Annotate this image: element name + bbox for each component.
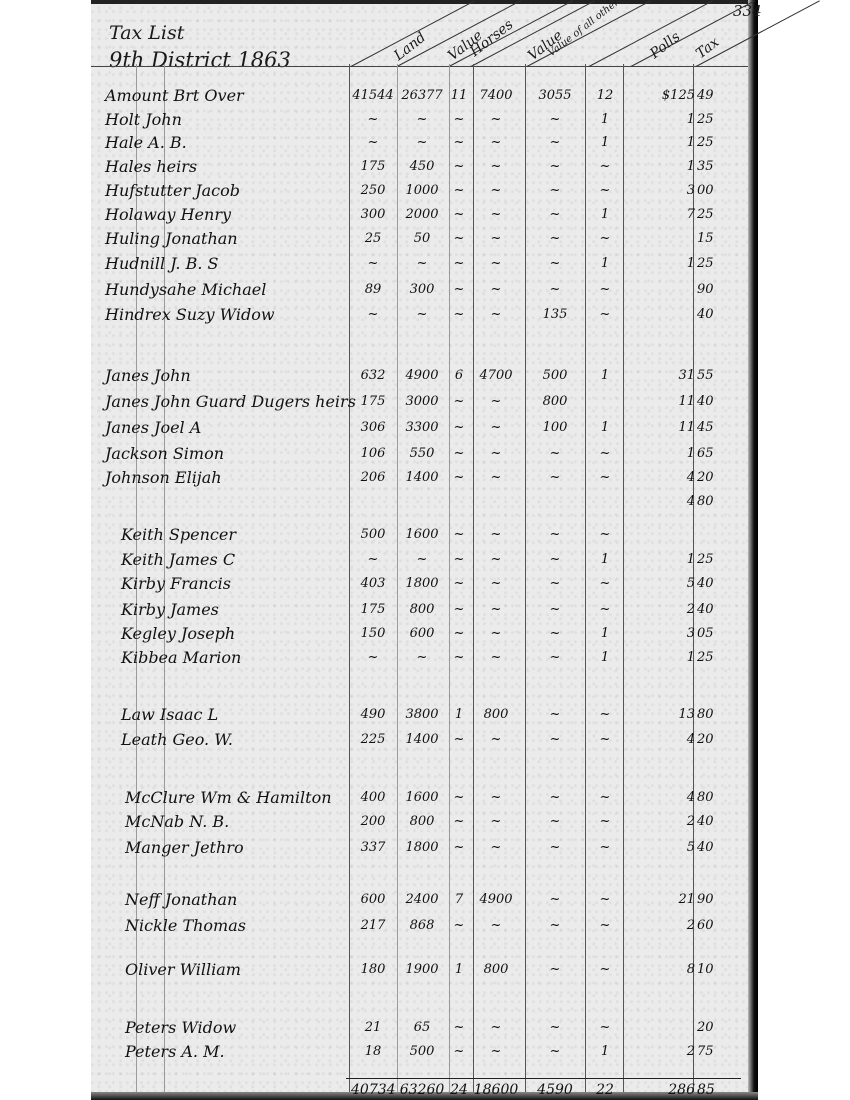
ledger-cell: ~: [449, 420, 469, 435]
ledger-cell: 90: [697, 892, 737, 907]
ledger-cell: 337: [351, 840, 395, 855]
ledger-row: Nickle Thomas217868~~~~260: [91, 916, 748, 942]
ledger-row: Neff Jonathan600240074900~~2190: [91, 890, 748, 916]
ledger-cell: 49: [697, 88, 737, 103]
ledger-cell: 1400: [397, 470, 447, 485]
title-line-1: Tax List: [109, 22, 184, 44]
taxpayer-name: Janes John: [105, 366, 191, 385]
ledger-cell: 00: [697, 183, 737, 198]
taxpayer-name: Holt John: [105, 110, 182, 129]
ledger-cell: ~: [527, 470, 583, 485]
ledger-cell: ~: [471, 394, 521, 409]
ledger-cell: ~: [471, 732, 521, 747]
ledger-row: McNab N. B.200800~~~~240: [91, 812, 748, 838]
ledger-cell: 25: [697, 207, 737, 222]
ledger-cell: 1: [589, 112, 621, 127]
ledger-cell: ~: [471, 207, 521, 222]
ledger-cell: 15: [697, 231, 737, 246]
ledger-cell: ~: [397, 135, 447, 150]
ledger-cell: 4900: [471, 892, 521, 907]
ledger-cell: ~: [449, 576, 469, 591]
ledger-cell: ~: [471, 420, 521, 435]
ledger-cell: $125: [631, 88, 695, 103]
ledger-cell: 89: [351, 282, 395, 297]
ledger-cell: ~: [527, 602, 583, 617]
ledger-cell: ~: [449, 256, 469, 271]
ledger-row: Johnson Elijah2061400~~~~420: [91, 468, 748, 494]
ledger-cell: 1: [631, 650, 695, 665]
ledger-cell: 21: [351, 1020, 395, 1035]
ledger-row: Hudnill J. B. S~~~~~1125: [91, 254, 748, 280]
ledger-cell: ~: [471, 231, 521, 246]
ledger-row: Oliver William18019001800~~810: [91, 960, 748, 986]
ledger-cell: 403: [351, 576, 395, 591]
ledger-row: Hundysahe Michael89300~~~~90: [91, 280, 748, 306]
ledger-cell: ~: [527, 231, 583, 246]
ledger-cell: 225: [351, 732, 395, 747]
ledger-cell: ~: [589, 918, 621, 933]
ledger-row: Hufstutter Jacob2501000~~~~300: [91, 181, 748, 207]
ledger-cell: ~: [397, 112, 447, 127]
taxpayer-name: Keith Spencer: [121, 525, 236, 544]
ledger-cell: ~: [351, 256, 395, 271]
ledger-cell: 2: [631, 814, 695, 829]
ledger-cell: 250: [351, 183, 395, 198]
ledger-cell: ~: [397, 650, 447, 665]
ledger-cell: ~: [471, 135, 521, 150]
ledger-cell: ~: [449, 602, 469, 617]
taxpayer-name: Jackson Simon: [105, 444, 224, 463]
ledger-row: Janes John Guard Dugers heirs1753000~~80…: [91, 392, 748, 418]
ledger-cell: 65: [697, 446, 737, 461]
ledger-cell: 3055: [527, 88, 583, 103]
ledger-cell: 25: [697, 552, 737, 567]
ledger-cell: 1: [631, 446, 695, 461]
ledger-cell: ~: [527, 207, 583, 222]
ledger-cell: ~: [589, 814, 621, 829]
ledger-cell: ~: [449, 840, 469, 855]
ledger-cell: 632: [351, 368, 395, 383]
header-tax: Tax: [693, 34, 722, 62]
ledger-row: McClure Wm & Hamilton4001600~~~~480: [91, 788, 748, 814]
ledger-cell: ~: [589, 446, 621, 461]
total-cell: 22: [589, 1082, 621, 1098]
ledger-cell: 1: [631, 256, 695, 271]
ledger-cell: 400: [351, 790, 395, 805]
page-right-edge: [748, 0, 758, 1100]
ledger-cell: 11: [631, 420, 695, 435]
ledger-cell: ~: [589, 1020, 621, 1035]
ledger-cell: 26377: [397, 88, 447, 103]
taxpayer-name: Hales heirs: [105, 157, 197, 176]
ledger-cell: 1: [589, 368, 621, 383]
ledger-cell: ~: [471, 527, 521, 542]
ledger-cell: 2400: [397, 892, 447, 907]
ledger-cell: 550: [397, 446, 447, 461]
ledger-cell: ~: [527, 650, 583, 665]
ledger-cell: ~: [449, 231, 469, 246]
ledger-row: Kirby James175800~~~~240: [91, 600, 748, 626]
ledger-cell: 1: [589, 650, 621, 665]
ledger-cell: ~: [527, 282, 583, 297]
ledger-row: Janes Joel A3063300~~10011145: [91, 418, 748, 444]
ledger-cell: 306: [351, 420, 395, 435]
ledger-cell: ~: [449, 918, 469, 933]
ledger-cell: ~: [449, 446, 469, 461]
ledger-cell: 2000: [397, 207, 447, 222]
ledger-cell: 40: [697, 814, 737, 829]
ledger-cell: 500: [527, 368, 583, 383]
taxpayer-name: Holaway Henry: [105, 205, 231, 224]
ledger-cell: 05: [697, 626, 737, 641]
ledger-cell: 300: [397, 282, 447, 297]
ledger-cell: ~: [471, 159, 521, 174]
ledger-cell: 217: [351, 918, 395, 933]
ledger-cell: 8: [631, 962, 695, 977]
ledger-cell: 1: [631, 112, 695, 127]
ledger-cell: 6: [449, 368, 469, 383]
ledger-cell: ~: [527, 626, 583, 641]
ledger-cell: ~: [589, 183, 621, 198]
ledger-cell: 18: [351, 1044, 395, 1059]
ledger-cell: 3300: [397, 420, 447, 435]
ledger-cell: 25: [697, 650, 737, 665]
taxpayer-name: Hufstutter Jacob: [105, 181, 240, 200]
ledger-cell: ~: [527, 1044, 583, 1059]
ledger-cell: ~: [449, 135, 469, 150]
taxpayer-name: Janes Joel A: [105, 418, 201, 437]
ledger-page: Tax List 9th District 1863 334 Land Valu…: [91, 0, 758, 1100]
ledger-cell: ~: [449, 207, 469, 222]
ledger-cell: 800: [527, 394, 583, 409]
ledger-cell: ~: [449, 552, 469, 567]
header-polls: Polls: [647, 29, 683, 62]
ledger-cell: ~: [351, 135, 395, 150]
taxpayer-name: Kirby James: [121, 600, 219, 619]
taxpayer-name: Huling Jonathan: [105, 229, 238, 248]
ledger-cell: 4: [631, 494, 695, 509]
ledger-cell: ~: [449, 790, 469, 805]
ledger-cell: ~: [589, 527, 621, 542]
ledger-cell: ~: [589, 576, 621, 591]
ledger-cell: 200: [351, 814, 395, 829]
ledger-cell: ~: [471, 626, 521, 641]
ledger-cell: ~: [449, 814, 469, 829]
ledger-cell: ~: [471, 650, 521, 665]
ledger-cell: ~: [351, 112, 395, 127]
totals-row: 40734 63260 24 18600 4590 22 286 85: [91, 1080, 748, 1100]
ledger-cell: 4: [631, 790, 695, 805]
ledger-cell: 135: [527, 307, 583, 322]
ledger-cell: ~: [589, 602, 621, 617]
total-cell: 286: [631, 1082, 695, 1098]
taxpayer-name: Kibbea Marion: [121, 648, 241, 667]
ledger-row: Janes John63249006470050013155: [91, 366, 748, 392]
ledger-cell: ~: [471, 790, 521, 805]
ledger-cell: ~: [471, 814, 521, 829]
ledger-cell: 90: [697, 282, 737, 297]
taxpayer-name: McClure Wm & Hamilton: [125, 788, 332, 807]
ledger-cell: ~: [449, 394, 469, 409]
ledger-cell: ~: [449, 626, 469, 641]
header-rule: [91, 66, 748, 67]
ledger-cell: 600: [351, 892, 395, 907]
page-top-edge: [91, 0, 758, 4]
ledger-cell: ~: [589, 962, 621, 977]
ledger-cell: 25: [697, 256, 737, 271]
ledger-row: Manger Jethro3371800~~~~540: [91, 838, 748, 864]
taxpayer-name: Manger Jethro: [125, 838, 244, 857]
ledger-cell: ~: [471, 256, 521, 271]
ledger-row: Kegley Joseph150600~~~1305: [91, 624, 748, 650]
ledger-cell: 2: [631, 918, 695, 933]
ledger-cell: 80: [697, 790, 737, 805]
ledger-cell: ~: [449, 282, 469, 297]
ledger-cell: ~: [449, 527, 469, 542]
taxpayer-name: Nickle Thomas: [125, 916, 246, 935]
ledger-cell: 600: [397, 626, 447, 641]
ledger-cell: ~: [527, 576, 583, 591]
ledger-cell: ~: [471, 840, 521, 855]
ledger-cell: 1: [589, 256, 621, 271]
ledger-row: Peters Widow2165~~~~20: [91, 1018, 748, 1044]
ledger-cell: 1: [589, 135, 621, 150]
ledger-cell: 4700: [471, 368, 521, 383]
ledger-cell: 45: [697, 420, 737, 435]
ledger-cell: 31: [631, 368, 695, 383]
ledger-cell: 40: [697, 602, 737, 617]
ledger-cell: 12: [589, 88, 621, 103]
ledger-cell: 25: [351, 231, 395, 246]
ledger-cell: 7: [449, 892, 469, 907]
ledger-row: Holaway Henry3002000~~~1725: [91, 205, 748, 231]
ledger-cell: 25: [697, 135, 737, 150]
ledger-cell: ~: [471, 282, 521, 297]
ledger-cell: 1600: [397, 790, 447, 805]
ledger-cell: 3: [631, 626, 695, 641]
ledger-cell: 20: [697, 1020, 737, 1035]
ledger-row: Hindrex Suzy Widow~~~~135~40: [91, 305, 748, 331]
total-cell: 63260: [397, 1082, 447, 1098]
ledger-cell: 180: [351, 962, 395, 977]
taxpayer-name: Hundysahe Michael: [105, 280, 266, 299]
ledger-cell: 40: [697, 307, 737, 322]
ledger-cell: 450: [397, 159, 447, 174]
ledger-cell: 7: [631, 207, 695, 222]
ledger-cell: 3800: [397, 707, 447, 722]
taxpayer-name: Hale A. B.: [105, 133, 187, 152]
ledger-cell: ~: [589, 732, 621, 747]
ledger-cell: ~: [351, 552, 395, 567]
taxpayer-name: Johnson Elijah: [105, 468, 222, 487]
ledger-cell: 55: [697, 368, 737, 383]
ledger-cell: ~: [449, 159, 469, 174]
ledger-cell: ~: [589, 470, 621, 485]
total-cell: 40734: [351, 1082, 395, 1098]
ledger-cell: ~: [397, 307, 447, 322]
ledger-cell: ~: [449, 470, 469, 485]
ledger-cell: 20: [697, 732, 737, 747]
ledger-row: Keith James C~~~~~1125: [91, 550, 748, 576]
ledger-cell: ~: [471, 918, 521, 933]
ledger-row: Law Isaac L49038001800~~1380: [91, 705, 748, 731]
ledger-cell: 175: [351, 394, 395, 409]
taxpayer-name: Peters Widow: [125, 1018, 236, 1037]
ledger-cell: 21: [631, 892, 695, 907]
ledger-cell: ~: [527, 446, 583, 461]
ledger-cell: ~: [589, 307, 621, 322]
ledger-cell: ~: [397, 552, 447, 567]
ledger-cell: ~: [589, 790, 621, 805]
ledger-cell: 106: [351, 446, 395, 461]
ledger-cell: ~: [527, 814, 583, 829]
ledger-cell: ~: [527, 840, 583, 855]
ledger-cell: ~: [351, 307, 395, 322]
ledger-cell: ~: [527, 112, 583, 127]
ledger-cell: 1: [449, 962, 469, 977]
ledger-row: Kirby Francis4031800~~~~540: [91, 574, 748, 600]
ledger-cell: ~: [471, 183, 521, 198]
ledger-cell: 4900: [397, 368, 447, 383]
ledger-cell: ~: [471, 307, 521, 322]
ledger-cell: ~: [449, 1020, 469, 1035]
ledger-cell: ~: [397, 256, 447, 271]
ledger-cell: ~: [589, 282, 621, 297]
ledger-cell: ~: [449, 1044, 469, 1059]
ledger-cell: 25: [697, 112, 737, 127]
ledger-cell: 1: [589, 420, 621, 435]
taxpayer-name: Oliver William: [125, 960, 241, 979]
ledger-cell: ~: [449, 650, 469, 665]
ledger-cell: 175: [351, 602, 395, 617]
taxpayer-name: Hindrex Suzy Widow: [105, 305, 275, 324]
ledger-cell: 300: [351, 207, 395, 222]
taxpayer-name: Kegley Joseph: [121, 624, 235, 643]
ledger-cell: 175: [351, 159, 395, 174]
ledger-cell: ~: [527, 183, 583, 198]
ledger-cell: 800: [397, 602, 447, 617]
ledger-cell: ~: [527, 892, 583, 907]
ledger-cell: 11: [631, 394, 695, 409]
ledger-row: Hale A. B.~~~~~1125: [91, 133, 748, 159]
ledger-cell: 41544: [351, 88, 395, 103]
ledger-cell: 40: [697, 840, 737, 855]
ledger-row: 480: [91, 492, 748, 518]
ledger-cell: 3000: [397, 394, 447, 409]
total-cell: 24: [449, 1082, 469, 1098]
taxpayer-name: Law Isaac L: [121, 705, 218, 724]
ledger-cell: 150: [351, 626, 395, 641]
ledger-cell: 40: [697, 576, 737, 591]
ledger-cell: 5: [631, 840, 695, 855]
ledger-cell: ~: [471, 112, 521, 127]
ledger-cell: ~: [449, 183, 469, 198]
ledger-cell: ~: [351, 650, 395, 665]
ledger-cell: 3: [631, 183, 695, 198]
ledger-cell: 1900: [397, 962, 447, 977]
ledger-cell: 1600: [397, 527, 447, 542]
total-cell: 85: [697, 1082, 737, 1098]
ledger-cell: 1: [631, 552, 695, 567]
ledger-cell: ~: [589, 707, 621, 722]
ledger-cell: ~: [527, 527, 583, 542]
ledger-cell: ~: [527, 159, 583, 174]
ledger-cell: 1: [631, 135, 695, 150]
ledger-row: Kibbea Marion~~~~~1125: [91, 648, 748, 674]
taxpayer-name: Leath Geo. W.: [121, 730, 233, 749]
ledger-cell: 13: [631, 707, 695, 722]
ledger-cell: 868: [397, 918, 447, 933]
ledger-cell: ~: [527, 256, 583, 271]
ledger-cell: 11: [449, 88, 469, 103]
ledger-cell: 2: [631, 1044, 695, 1059]
ledger-cell: ~: [527, 135, 583, 150]
ledger-cell: ~: [527, 790, 583, 805]
ledger-cell: 1: [589, 207, 621, 222]
ledger-cell: 800: [471, 962, 521, 977]
ledger-cell: 206: [351, 470, 395, 485]
ledger-cell: 4: [631, 470, 695, 485]
ledger-cell: 75: [697, 1044, 737, 1059]
ledger-cell: ~: [449, 112, 469, 127]
ledger-row: Leath Geo. W.2251400~~~~420: [91, 730, 748, 756]
ledger-cell: 1800: [397, 840, 447, 855]
total-rule: [346, 1078, 741, 1079]
ledger-cell: 800: [397, 814, 447, 829]
ledger-cell: ~: [471, 470, 521, 485]
ledger-cell: 80: [697, 707, 737, 722]
ledger-cell: ~: [471, 446, 521, 461]
ledger-cell: ~: [527, 918, 583, 933]
taxpayer-name: Amount Brt Over: [105, 86, 244, 105]
ledger-cell: ~: [471, 552, 521, 567]
taxpayer-name: Kirby Francis: [121, 574, 231, 593]
ledger-cell: 2: [631, 602, 695, 617]
ledger-cell: ~: [527, 1020, 583, 1035]
ledger-cell: 35: [697, 159, 737, 174]
ledger-cell: ~: [449, 307, 469, 322]
taxpayer-name: Peters A. M.: [125, 1042, 225, 1061]
ledger-cell: ~: [471, 1020, 521, 1035]
ledger-row: Keith Spencer5001600~~~~: [91, 525, 748, 551]
ledger-cell: 10: [697, 962, 737, 977]
ledger-cell: 1: [589, 1044, 621, 1059]
ledger-cell: 1400: [397, 732, 447, 747]
ledger-cell: 100: [527, 420, 583, 435]
ledger-row: Huling Jonathan2550~~~~15: [91, 229, 748, 255]
total-cell: 18600: [471, 1082, 521, 1098]
ledger-cell: 1800: [397, 576, 447, 591]
ledger-cell: ~: [527, 707, 583, 722]
ledger-cell: 1: [449, 707, 469, 722]
taxpayer-name: McNab N. B.: [125, 812, 229, 831]
ledger-cell: 500: [397, 1044, 447, 1059]
ledger-cell: ~: [589, 840, 621, 855]
ledger-cell: ~: [527, 732, 583, 747]
ledger-row: Amount Brt Over4154426377117400305512$12…: [91, 86, 748, 112]
ledger-cell: ~: [471, 576, 521, 591]
taxpayer-name: Neff Jonathan: [125, 890, 237, 909]
ledger-cell: ~: [527, 962, 583, 977]
ledger-cell: 60: [697, 918, 737, 933]
ledger-cell: 65: [397, 1020, 447, 1035]
ledger-cell: ~: [471, 602, 521, 617]
taxpayer-name: Janes John Guard Dugers heirs: [105, 392, 356, 411]
ledger-cell: 500: [351, 527, 395, 542]
ledger-cell: 1: [631, 159, 695, 174]
ledger-cell: ~: [471, 1044, 521, 1059]
ledger-row: Jackson Simon106550~~~~165: [91, 444, 748, 470]
